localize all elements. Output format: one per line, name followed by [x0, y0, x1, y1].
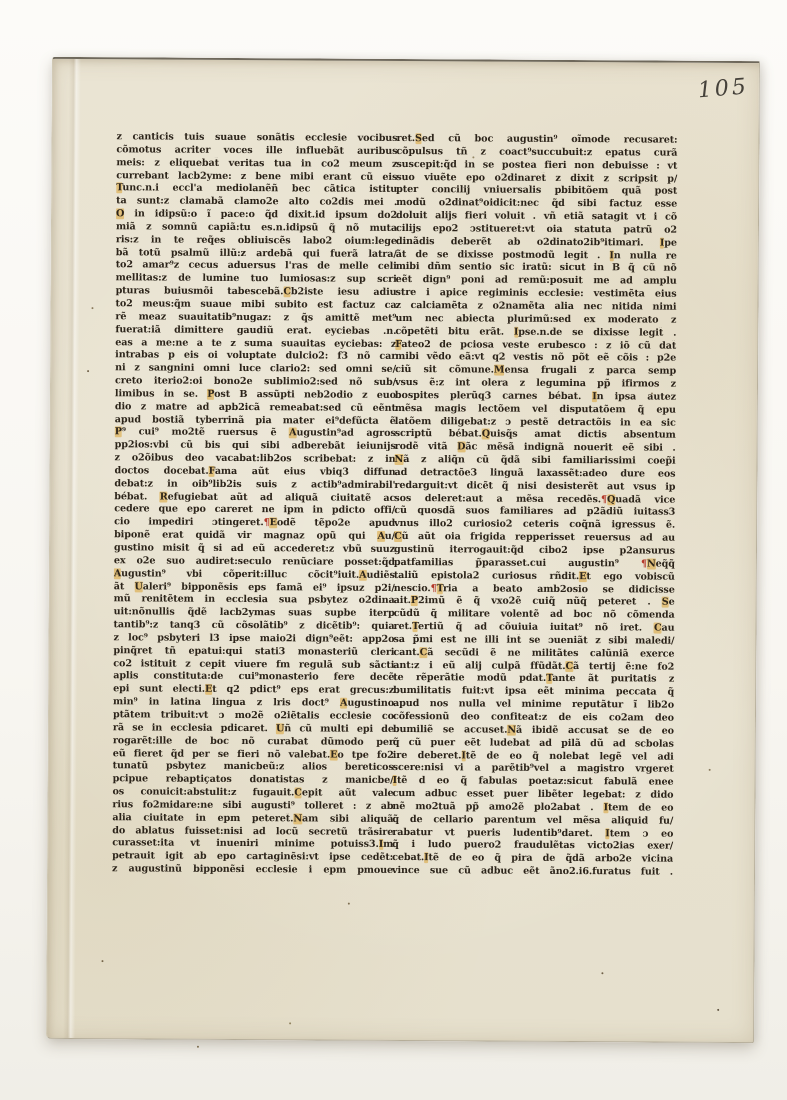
foxing-specks — [53, 59, 55, 61]
binding-fold-crease — [63, 59, 81, 1038]
folio-number: 105 — [697, 74, 759, 104]
text-line: z augustinũ bipponẽsi ecclesie i epm pmo… — [112, 863, 393, 878]
photo-backdrop: 105 z canticis tuis suaue sonãtis eccles… — [0, 0, 787, 1100]
text-column-left: z canticis tuis suaue sonãtis ecclesie v… — [112, 131, 398, 878]
text-block: z canticis tuis suaue sonãtis ecclesie v… — [53, 131, 759, 135]
manuscript-leaf: 105 z canticis tuis suaue sonãtis eccles… — [46, 57, 760, 1043]
text-column-right: ret.Sed cũ boc augustin⁹ oĩmode recusare… — [392, 133, 678, 880]
text-line: vince sue cũ adbuc eẽt ãno2.i6.furatus f… — [392, 865, 673, 880]
